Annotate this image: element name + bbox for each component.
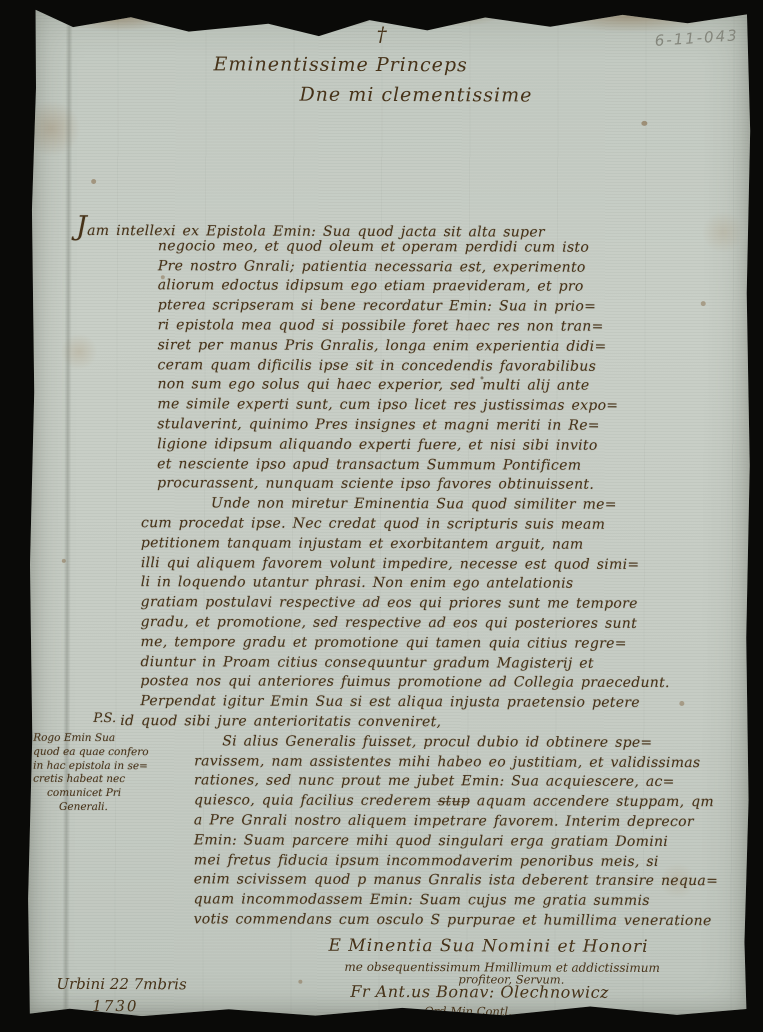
letter-line: et nesciente ipso apud transactum Summum… [157,455,737,477]
postscript-line: in hac epistola in se= [33,759,203,773]
letter-line: gradu, et promotione, sed respective ad … [141,613,737,635]
salutation-line-2: Dne mi clementissime [299,84,532,107]
letter-line: li in loquendo utantur phrasi. Non enim … [141,573,737,595]
religious-order-line: Ord Min Contl. [424,1004,512,1018]
letter-line: negocio meo, et quod oleum et operam per… [158,237,738,259]
letter-line: non sum ego solus qui haec experior, sed… [157,376,737,398]
dateline-place-date: Urbini 22 7mbris [56,975,186,993]
stain-spot [62,559,66,563]
paper-crease [62,7,73,1021]
letter-line: Si alius Generalis fuisset, procul dubio… [222,732,736,754]
postscript-line: comunicet Pri [47,787,203,801]
postscript-line: quod ea quae confero [33,746,203,760]
letter-line: rationes, sed nunc prout me jubet Emin: … [194,772,736,794]
letter-line: siret per manus Pris Gnralis, longa enim… [158,336,738,358]
letter-line: id quod sibi jure anterioritatis conveni… [120,712,736,734]
letter-line: stulaverint, quinimo Pres insignes et ma… [157,415,737,437]
letter-line: Jam intellexi ex Epistola Emin: Sua quod… [76,217,738,239]
letter-body: Jam intellexi ex Epistola Emin: Sua quod… [74,217,738,932]
letter-line: aliorum edoctus idipsum ego etiam praevi… [158,277,738,299]
letter-line: mei fretus fiducia ipsum incommodaverim … [194,851,736,873]
postscript-title: P.S. [93,711,203,726]
letter-line: illi qui aliquem favorem volunt impedire… [141,554,737,576]
postscript-line: cretis habeat nec [33,773,203,787]
letter-line: pterea scripseram si bene recordatur Emi… [158,296,738,318]
archival-reference: 6-11-043 [654,26,739,50]
letter-line: votis commendans cum osculo S purpurae e… [194,910,736,932]
letter-paper: † 6-11-043 Eminentissime Princeps Dne mi… [26,7,753,1024]
cross-mark: † [377,22,387,46]
stain-spot [298,980,302,984]
postscript-note: P.S. Rogo Emin Sua quod ea quae confero … [33,711,203,815]
letter-line: postea nos qui anteriores fuimus promoti… [140,672,736,694]
closing-honor-line: E Minentia Sua Nomini et Honori [328,936,648,957]
dateline-year: 1730 [92,997,138,1015]
letter-line: enim scivissem quod p manus Gnralis ista… [194,871,736,893]
postscript-line: Generali. [59,801,203,815]
letter-line: petitionem tanquam injustam et exorbitan… [141,534,737,556]
signature: Fr Ant.us Bonav: Olechnowicz [350,982,609,1002]
scan-background: † 6-11-043 Eminentissime Princeps Dne mi… [0,0,763,1032]
letter-line: ravissem, nam assistentes mihi habeo eo … [194,752,736,774]
letter-line: me, tempore gradu et promotione qui tame… [141,633,737,655]
postscript-line: Rogo Emin Sua [33,732,203,746]
stain-spot [641,121,647,126]
letter-line: ligione idipsum aliquando experti fuere,… [157,435,737,457]
letter-line: Emin: Suam parcere mihi quod singulari e… [194,831,736,853]
letter-line: quiesco, quia facilius crederem s̶t̶u̶p̶… [194,791,736,813]
letter-line: quam incommodassem Emin: Suam cujus me g… [194,890,736,912]
letter-line: me simile experti sunt, cum ipso licet r… [157,395,737,417]
letter-line: gratiam postulavi respective ad eos qui … [141,593,737,615]
letter-line: cum procedat ipse. Nec credat quod in sc… [141,514,737,536]
letter-line: Unde non miretur Eminentia Sua quod simi… [211,495,737,517]
stain-spot [91,179,96,184]
salutation-line-1: Eminentissime Princeps [214,53,468,76]
letter-line: ri epistola mea quod si possibile foret … [158,316,738,338]
letter-line: Perpendat igitur Emin Sua si est aliqua … [140,692,736,714]
letter-line: Pre nostro Gnrali; patientia necessaria … [158,257,738,279]
letter-line: ceram quam dificilis ipse sit in concede… [157,356,737,378]
letter-line: diuntur in Proam citius consequuntur gra… [140,653,736,675]
letter-line: procurassent, nunquam sciente ipso favor… [157,475,737,497]
letter-line: a Pre Gnrali nostro aliquem impetrare fa… [194,811,736,833]
